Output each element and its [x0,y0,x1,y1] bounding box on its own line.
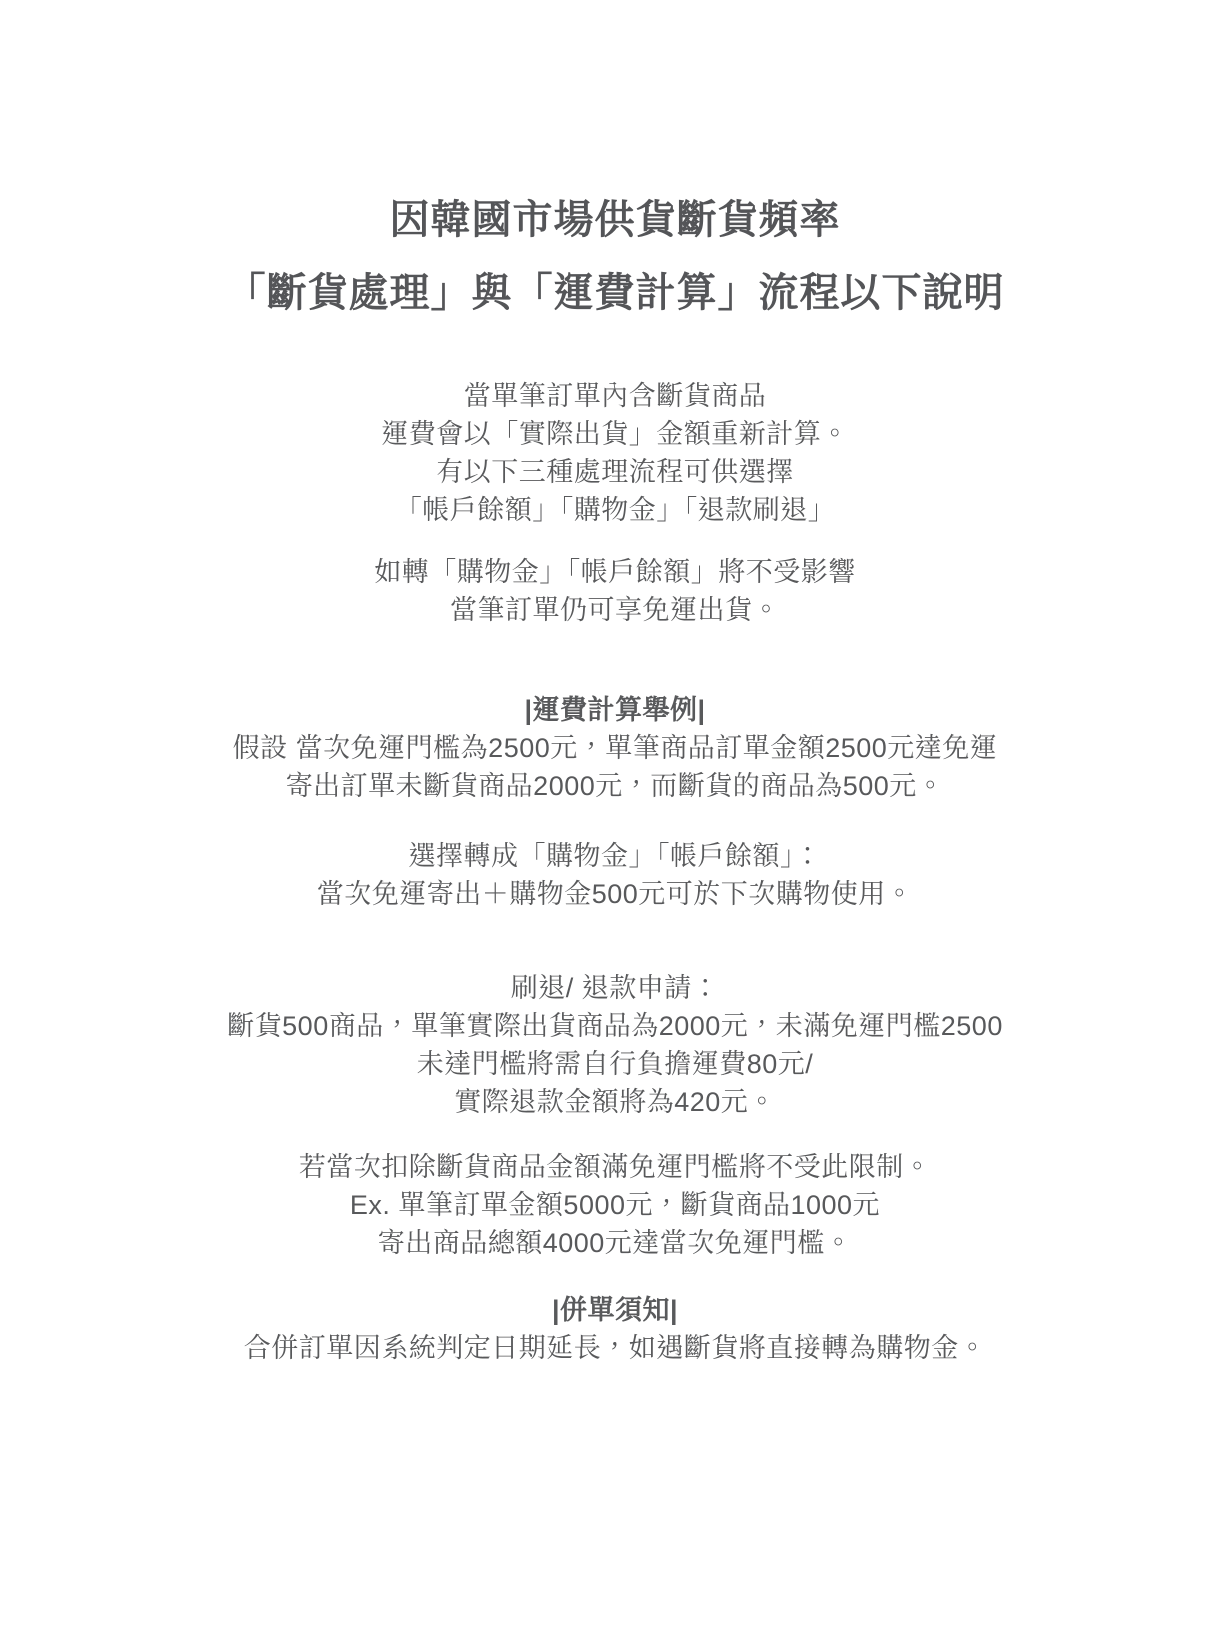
text-line: 刷退/ 退款申請： [65,969,1165,1007]
text-line: 若當次扣除斷貨商品金額滿免運門檻將不受此限制。 [65,1148,1165,1186]
section-credit-option: 選擇轉成「購物金」「帳戶餘額」： 當次免運寄出＋購物金500元可於下次購物使用。 [65,837,1165,913]
text-line: 選擇轉成「購物金」「帳戶餘額」： [65,837,1165,875]
section-shipping-example: |運費計算舉例| 假設 當次免運門檻為2500元，單筆商品訂單金額2500元達免… [65,691,1165,805]
text-line: 寄出訂單未斷貨商品2000元，而斷貨的商品為500元。 [65,767,1165,805]
section-merge-note: |併單須知| 合併訂單因系統判定日期延長，如遇斷貨將直接轉為購物金。 [65,1291,1165,1367]
section-heading-shipping-example: |運費計算舉例| [65,691,1165,729]
text-line: 斷貨500商品，單筆實際出貨商品為2000元，未滿免運門檻2500 [65,1007,1165,1045]
text-line: 運費會以「實際出貨」金額重新計算。 [65,415,1165,453]
text-line: 當次免運寄出＋購物金500元可於下次購物使用。 [65,875,1165,913]
text-line: 假設 當次免運門檻為2500元，單筆商品訂單金額2500元達免運 [65,729,1165,767]
section-heading-merge-note: |併單須知| [65,1291,1165,1329]
text-line: 如轉「購物金」「帳戶餘額」將不受影響 [65,553,1165,591]
text-line: 有以下三種處理流程可供選擇 [65,453,1165,491]
text-line: 當筆訂單仍可享免運出貨。 [65,591,1165,629]
text-line: 實際退款金額將為420元。 [65,1083,1165,1121]
text-line: Ex. 單筆訂單金額5000元，斷貨商品1000元 [65,1186,1165,1224]
section-transfer-note: 如轉「購物金」「帳戶餘額」將不受影響 當筆訂單仍可享免運出貨。 [65,553,1165,629]
section-stockout-intro: 當單筆訂單內含斷貨商品 運費會以「實際出貨」金額重新計算。 有以下三種處理流程可… [65,377,1165,529]
section-threshold-exception: 若當次扣除斷貨商品金額滿免運門檻將不受此限制。 Ex. 單筆訂單金額5000元，… [65,1148,1165,1262]
notice-title: 因韓國市場供貨斷貨頻率 「斷貨處理」與「運費計算」流程以下說明 [0,184,1230,330]
section-refund-option: 刷退/ 退款申請： 斷貨500商品，單筆實際出貨商品為2000元，未滿免運門檻2… [65,969,1165,1121]
title-line-2: 「斷貨處理」與「運費計算」流程以下說明 [0,257,1230,330]
text-line: 未達門檻將需自行負擔運費80元/ [65,1045,1165,1083]
text-line: 寄出商品總額4000元達當次免運門檻。 [65,1224,1165,1262]
text-line: 「帳戶餘額」「購物金」「退款刷退」 [65,491,1165,529]
text-line: 當單筆訂單內含斷貨商品 [65,377,1165,415]
notice-page: 因韓國市場供貨斷貨頻率 「斷貨處理」與「運費計算」流程以下說明 當單筆訂單內含斷… [0,0,1230,1640]
title-line-1: 因韓國市場供貨斷貨頻率 [0,184,1230,257]
text-line: 合併訂單因系統判定日期延長，如遇斷貨將直接轉為購物金。 [65,1329,1165,1367]
